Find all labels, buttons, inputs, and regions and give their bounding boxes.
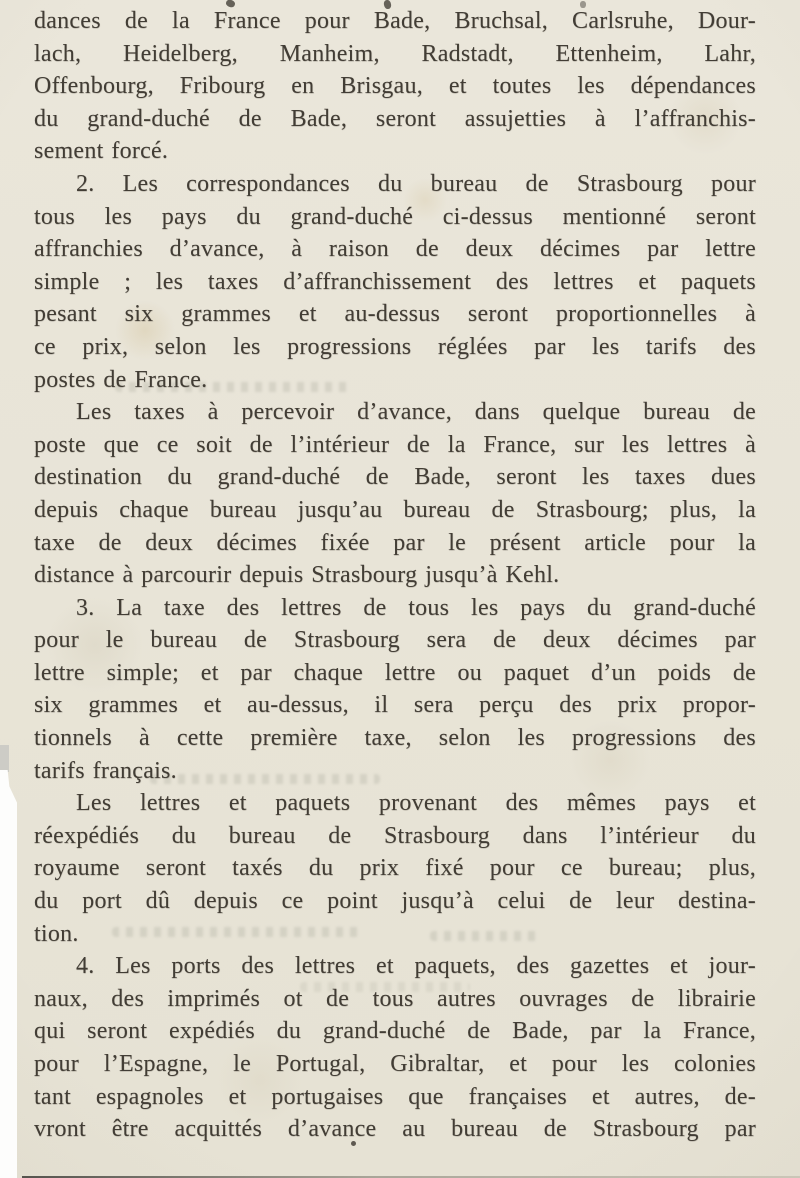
text-line: dances de la France pour Bade, Bruchsal,… — [34, 5, 756, 38]
text-line: lach, Heidelberg, Manheim, Radstadt, Ett… — [34, 38, 756, 71]
text-line: destination du grand-duché de Bade, sero… — [34, 461, 756, 494]
text-line: tarifs français. — [34, 755, 756, 788]
text-line: depuis chaque bureau jusqu’au bureau de … — [34, 494, 756, 527]
text-line: du port dû depuis ce point jusqu’à celui… — [34, 885, 756, 918]
text-line: pour le bureau de Strasbourg sera de deu… — [34, 624, 756, 657]
text-line: distance à parcourir depuis Strasbourg j… — [34, 559, 756, 592]
text-line: 2. Les correspondances du bureau de Stra… — [34, 168, 756, 201]
text-line: affranchies d’avance, à raison de deux d… — [34, 233, 756, 266]
text-line: 4. Les ports des lettres et paquets, des… — [34, 950, 756, 983]
text-line: tant espagnoles et portugaises que franç… — [34, 1081, 756, 1114]
text-line: tous les pays du grand-duché ci-dessus m… — [34, 201, 756, 234]
text-line: du grand-duché de Bade, seront assujetti… — [34, 103, 756, 136]
scan-edge-artifact — [0, 770, 17, 1178]
body-text: dances de la France pour Bade, Bruchsal,… — [34, 5, 756, 1146]
text-line: réexpédiés du bureau de Strasbourg dans … — [34, 820, 756, 853]
text-line: Les taxes à percevoir d’avance, dans que… — [34, 396, 756, 429]
text-line: 3. La taxe des lettres de tous les pays … — [34, 592, 756, 625]
text-line: qui seront expédiés du grand-duché de Ba… — [34, 1015, 756, 1048]
text-line: taxe de deux décimes fixée par le présen… — [34, 527, 756, 560]
text-line: Les lettres et paquets provenant des mêm… — [34, 787, 756, 820]
text-line: naux, des imprimés ot de tous autres ouv… — [34, 983, 756, 1016]
text-line: simple ; les taxes d’affranchissement de… — [34, 266, 756, 299]
text-line: sement forcé. — [34, 135, 756, 168]
text-line: tionnels à cette première taxe, selon le… — [34, 722, 756, 755]
text-line: pesant six grammes et au-dessus seront p… — [34, 298, 756, 331]
text-line: postes de France. — [34, 364, 756, 397]
scanned-page: dances de la France pour Bade, Bruchsal,… — [0, 0, 800, 1178]
text-line: ce prix, selon les progressions réglées … — [34, 331, 756, 364]
text-line: poste que ce soit de l’intérieur de la F… — [34, 429, 756, 462]
text-line: Offenbourg, Fribourg en Brisgau, et tout… — [34, 70, 756, 103]
text-line: six grammes et au-dessus, il sera perçu … — [34, 689, 756, 722]
text-line: tion. — [34, 918, 756, 951]
text-line: lettre simple; et par chaque lettre ou p… — [34, 657, 756, 690]
text-line: pour l’Espagne, le Portugal, Gibraltar, … — [34, 1048, 756, 1081]
text-line: vront être acquittés d’avance au bureau … — [34, 1113, 756, 1146]
scan-edge-artifact — [0, 745, 9, 772]
text-line: royaume seront taxés du prix fixé pour c… — [34, 852, 756, 885]
